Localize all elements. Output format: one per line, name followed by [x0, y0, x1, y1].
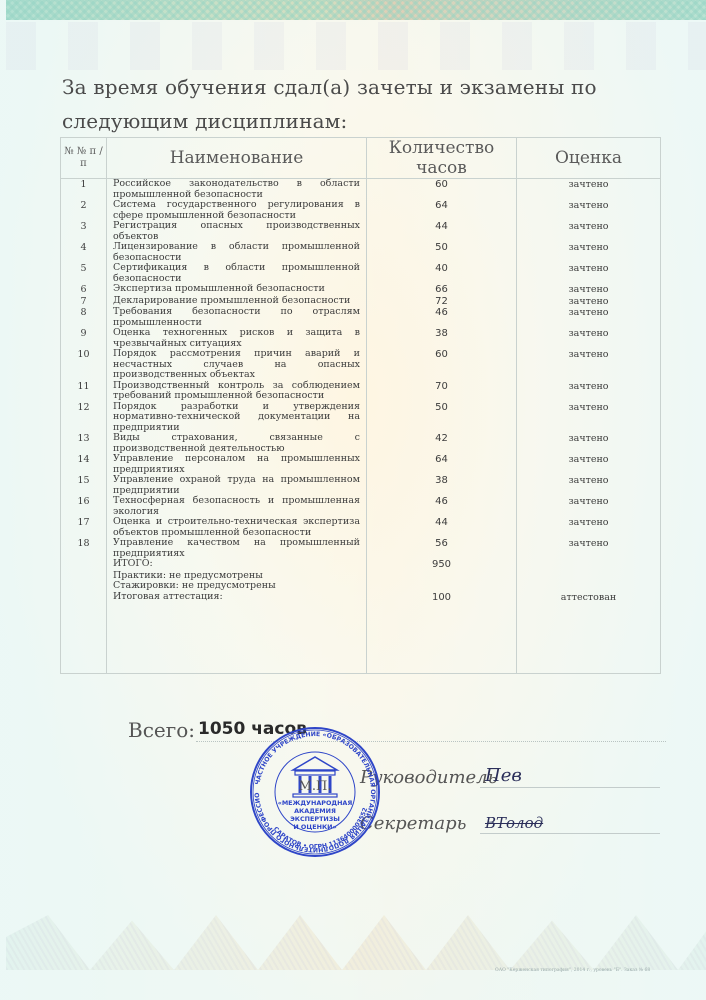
- row-hours: 46: [367, 307, 517, 328]
- row-hours: 40: [367, 263, 517, 284]
- summary-hours: [367, 581, 517, 592]
- row-discipline: Оценка и строительно-техническая эксперт…: [107, 517, 367, 538]
- summary-grade: [517, 559, 661, 571]
- row-hours: 60: [367, 349, 517, 381]
- summary-blank: [61, 592, 107, 604]
- row-discipline: Порядок разработки и утверждения нормати…: [107, 402, 367, 434]
- row-grade: зачтено: [517, 475, 661, 496]
- table-row: 8Требования безопасности по отраслям про…: [61, 307, 661, 328]
- empty-cell: [517, 603, 661, 674]
- row-number: 10: [61, 349, 107, 381]
- table-empty-space: [61, 603, 661, 674]
- grades-table: № № п / п Наименование Количество часов …: [60, 137, 661, 674]
- row-discipline: Экспертиза промышленной безопасности: [107, 284, 367, 296]
- row-discipline: Виды страхования, связанные с производст…: [107, 433, 367, 454]
- summary-blank: [61, 559, 107, 571]
- row-grade: зачтено: [517, 433, 661, 454]
- row-discipline: Управление качеством на промышленный пре…: [107, 538, 367, 559]
- header-grade: Оценка: [517, 138, 661, 179]
- row-number: 18: [61, 538, 107, 559]
- row-grade: зачтено: [517, 381, 661, 402]
- table-row: 13Виды страхования, связанные с производ…: [61, 433, 661, 454]
- table-row: 14Управление персоналом на промышленных …: [61, 454, 661, 475]
- row-number: 7: [61, 296, 107, 308]
- row-number: 16: [61, 496, 107, 517]
- empty-cell: [367, 603, 517, 674]
- row-hours: 38: [367, 475, 517, 496]
- row-grade: зачтено: [517, 242, 661, 263]
- table-row: 10Порядок рассмотрения причин аварий и н…: [61, 349, 661, 381]
- table-row: 9Оценка техногенных рисков и защита в чр…: [61, 328, 661, 349]
- row-grade: зачтено: [517, 307, 661, 328]
- summary-label: Стажировки: не предусмотрены: [107, 581, 367, 592]
- row-number: 5: [61, 263, 107, 284]
- summary-row: Итоговая аттестация:100аттестован: [61, 592, 661, 604]
- row-discipline: Порядок рассмотрения причин аварий и нес…: [107, 349, 367, 381]
- row-grade: зачтено: [517, 517, 661, 538]
- svg-text:М.П.: М.П.: [299, 779, 332, 794]
- row-hours: 50: [367, 402, 517, 434]
- page-heading: За время обучения сдал(а) зачеты и экзам…: [62, 70, 662, 138]
- row-grade: зачтено: [517, 296, 661, 308]
- empty-cell: [61, 603, 107, 674]
- svg-text:ЭКСПЕРТИЗЫ: ЭКСПЕРТИЗЫ: [290, 815, 340, 823]
- row-hours: 44: [367, 517, 517, 538]
- secretary-signature: ВТолод: [485, 814, 543, 832]
- row-grade: зачтено: [517, 538, 661, 559]
- row-grade: зачтено: [517, 284, 661, 296]
- table-row: 1Российское законодательство в области п…: [61, 179, 661, 201]
- decorative-top-border: [6, 0, 706, 20]
- svg-text:И ОЦЕНКИ»: И ОЦЕНКИ»: [293, 823, 336, 831]
- director-signature-line: [480, 787, 660, 788]
- decorative-guilloche-top: [6, 22, 706, 70]
- table-row: 3Регистрация опасных производственных об…: [61, 221, 661, 242]
- row-hours: 66: [367, 284, 517, 296]
- row-number: 4: [61, 242, 107, 263]
- row-discipline: Управление персоналом на промышленных пр…: [107, 454, 367, 475]
- empty-cell: [107, 603, 367, 674]
- table-header-row: № № п / п Наименование Количество часов …: [61, 138, 661, 179]
- table-row: 17Оценка и строительно-техническая экспе…: [61, 517, 661, 538]
- director-signature-row: Руководитель Пев: [360, 764, 660, 792]
- director-signature: Пев: [485, 765, 522, 786]
- row-grade: зачтено: [517, 496, 661, 517]
- row-grade: зачтено: [517, 221, 661, 242]
- printer-imprint: ОАО "Керженская типография", 2014 г., ур…: [495, 968, 650, 973]
- secretary-signature-line: [480, 833, 660, 834]
- row-number: 3: [61, 221, 107, 242]
- summary-grade: аттестован: [517, 592, 661, 604]
- header-number: № № п / п: [61, 138, 107, 179]
- row-hours: 64: [367, 454, 517, 475]
- row-number: 9: [61, 328, 107, 349]
- total-label: Всего:: [128, 718, 195, 742]
- row-number: 6: [61, 284, 107, 296]
- secretary-signature-row: Секретарь ВТолод: [360, 810, 660, 838]
- table-row: 5Сертификация в области промышленной без…: [61, 263, 661, 284]
- row-grade: зачтено: [517, 454, 661, 475]
- summary-label: ИТОГО:: [107, 559, 367, 571]
- row-hours: 46: [367, 496, 517, 517]
- summary-grade: [517, 571, 661, 582]
- row-discipline: Техносферная безопасность и промышленная…: [107, 496, 367, 517]
- header-hours: Количество часов: [367, 138, 517, 179]
- row-discipline: Управление охраной труда на промышленном…: [107, 475, 367, 496]
- table-row: 16Техносферная безопасность и промышленн…: [61, 496, 661, 517]
- row-number: 2: [61, 200, 107, 221]
- row-discipline: Производственный контроль за соблюдением…: [107, 381, 367, 402]
- summary-blank: [61, 581, 107, 592]
- row-number: 14: [61, 454, 107, 475]
- table-row: 4Лицензирование в области промышленной б…: [61, 242, 661, 263]
- row-hours: 72: [367, 296, 517, 308]
- row-hours: 60: [367, 179, 517, 201]
- row-hours: 56: [367, 538, 517, 559]
- summary-blank: [61, 571, 107, 582]
- row-hours: 42: [367, 433, 517, 454]
- row-grade: зачтено: [517, 402, 661, 434]
- summary-row: ИТОГО:950: [61, 559, 661, 571]
- row-number: 15: [61, 475, 107, 496]
- row-discipline: Сертификация в области промышленной безо…: [107, 263, 367, 284]
- summary-hours: 100: [367, 592, 517, 604]
- row-grade: зачтено: [517, 179, 661, 201]
- row-discipline: Регистрация опасных производственных объ…: [107, 221, 367, 242]
- decorative-guilloche-bottom: [6, 915, 706, 970]
- row-hours: 38: [367, 328, 517, 349]
- header-name: Наименование: [107, 138, 367, 179]
- row-discipline: Лицензирование в области промышленной бе…: [107, 242, 367, 263]
- row-discipline: Система государственного регулирования в…: [107, 200, 367, 221]
- organization-stamp-icon: ЧАСТНОЕ УЧРЕЖДЕНИЕ «ОБРАЗОВАТЕЛЬНАЯ ОРГА…: [248, 725, 382, 859]
- summary-row: Стажировки: не предусмотрены: [61, 581, 661, 592]
- row-discipline: Требования безопасности по отраслям пром…: [107, 307, 367, 328]
- row-number: 12: [61, 402, 107, 434]
- row-number: 17: [61, 517, 107, 538]
- summary-hours: [367, 571, 517, 582]
- row-number: 1: [61, 179, 107, 201]
- summary-label: Итоговая аттестация:: [107, 592, 367, 604]
- svg-text:«МЕЖДУНАРОДНАЯ: «МЕЖДУНАРОДНАЯ: [278, 799, 353, 807]
- row-discipline: Российское законодательство в области пр…: [107, 179, 367, 201]
- table-row: 18Управление качеством на промышленный п…: [61, 538, 661, 559]
- row-number: 13: [61, 433, 107, 454]
- summary-hours: 950: [367, 559, 517, 571]
- row-hours: 44: [367, 221, 517, 242]
- row-discipline: Оценка техногенных рисков и защита в чре…: [107, 328, 367, 349]
- table-row: 15Управление охраной труда на промышленн…: [61, 475, 661, 496]
- row-grade: зачтено: [517, 200, 661, 221]
- row-hours: 64: [367, 200, 517, 221]
- table-row: 6Экспертиза промышленной безопасности66з…: [61, 284, 661, 296]
- table-row: 11Производственный контроль за соблюдени…: [61, 381, 661, 402]
- table-row: 12Порядок разработки и утверждения норма…: [61, 402, 661, 434]
- row-number: 11: [61, 381, 107, 402]
- row-number: 8: [61, 307, 107, 328]
- row-hours: 70: [367, 381, 517, 402]
- row-grade: зачтено: [517, 349, 661, 381]
- row-grade: зачтено: [517, 328, 661, 349]
- summary-grade: [517, 581, 661, 592]
- table-row: 2Система государственного регулирования …: [61, 200, 661, 221]
- row-grade: зачтено: [517, 263, 661, 284]
- svg-text:АКАДЕМИЯ: АКАДЕМИЯ: [294, 807, 336, 815]
- row-hours: 50: [367, 242, 517, 263]
